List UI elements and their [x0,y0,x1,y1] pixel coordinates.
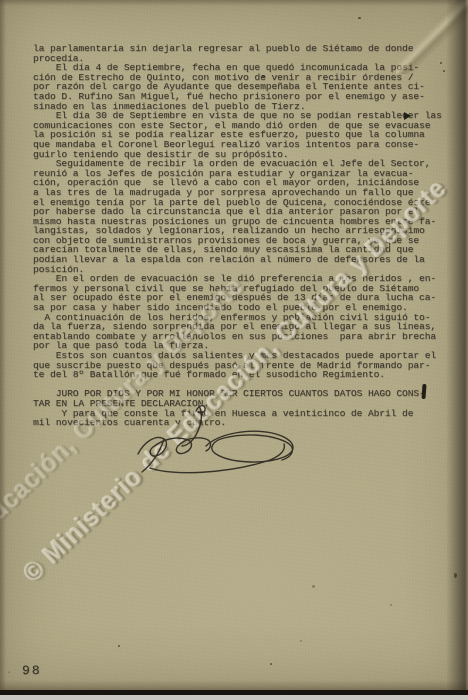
viewer-bottom-strip [0,695,468,700]
paper-speck [312,585,315,588]
typewritten-line: la parlamentaria sin dejarla regresar al… [33,44,453,54]
paper-speck [390,604,392,606]
scan-frame: la parlamentaria sin dejarla regresar al… [0,0,468,700]
typewritten-line: te del 8º Batallón que fué formado en el… [33,370,453,380]
paper-speck [118,645,120,647]
page-edge-bottom [0,680,468,690]
handwritten-signature [120,402,320,482]
typewritten-text-block: la parlamentaria sin dejarla regresar al… [33,44,453,428]
typewritten-line: podían llevar a la espalda con relación … [33,255,453,265]
page-number: 98 [22,663,42,678]
paper-speck [358,17,361,19]
page-edge-right-shadow [446,0,468,690]
page-edge-left [0,0,6,690]
scanned-document-page: la parlamentaria sin dejarla regresar al… [0,0,468,690]
paper-speck [300,640,302,642]
paper-speck [270,663,272,665]
